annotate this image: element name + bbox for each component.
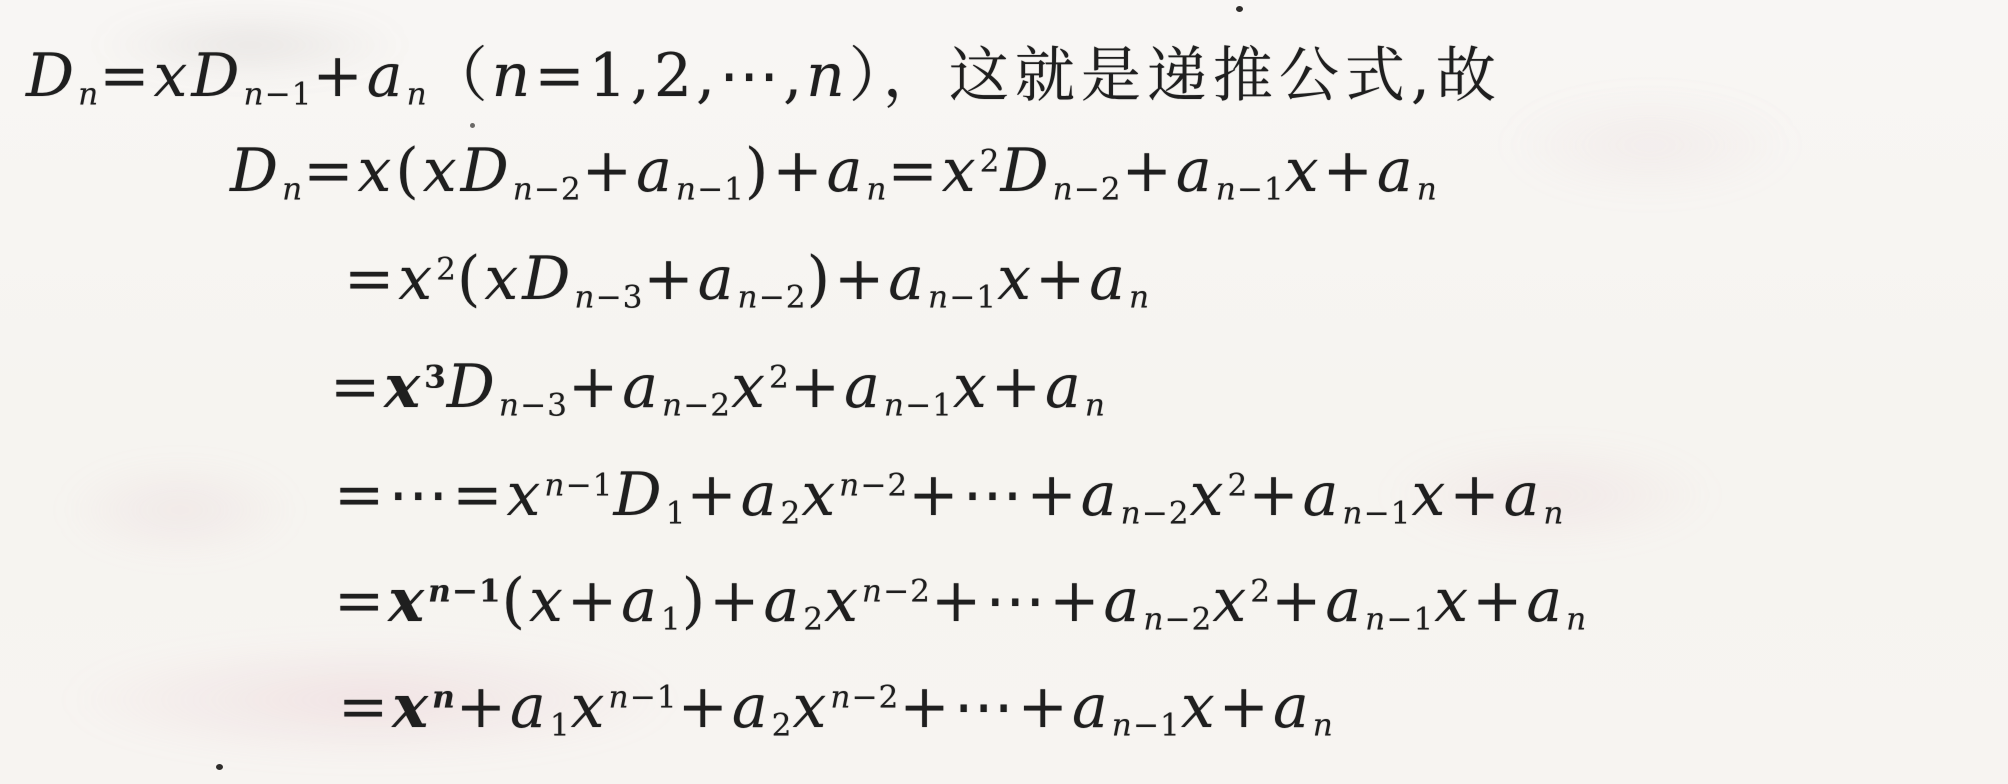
scan-speck	[1236, 6, 1243, 12]
scanned-textbook-page: Dn=xDn−1+an（n=1,2,⋯,n），这就是递推公式,故 Dn=x(xD…	[0, 0, 2008, 784]
derivation-line-6: =xn+a1xn−1+a2xn−2+⋯+an−1x+an	[338, 672, 1334, 742]
derivation-line-3: =x3Dn−3+an−2x2+an−1x+an	[330, 352, 1106, 422]
intro-text-chinese: ，这就是递推公式,故	[883, 41, 1502, 111]
recurrence-formula: Dn=xDn−1+an（n=1,2,⋯,n）	[26, 41, 883, 111]
scan-smudge	[60, 460, 300, 560]
derivation-line-2: =x2(xDn−3+an−2)+an−1x+an	[344, 244, 1150, 314]
scan-smudge	[1500, 90, 1800, 200]
recurrence-intro-line: Dn=xDn−1+an（n=1,2,⋯,n），这就是递推公式,故	[26, 28, 1502, 114]
derivation-line-5: =xn−1(x+a1)+a2xn−2+⋯+an−2x2+an−1x+an	[334, 566, 1587, 636]
derivation-line-4: =⋯=xn−1D1+a2xn−2+⋯+an−2x2+an−1x+an	[334, 460, 1564, 530]
derivation-line-1: Dn=x(xDn−2+an−1)+an=x2Dn−2+an−1x+an	[230, 136, 1438, 206]
scan-speck	[470, 123, 475, 128]
scan-speck	[216, 764, 223, 770]
